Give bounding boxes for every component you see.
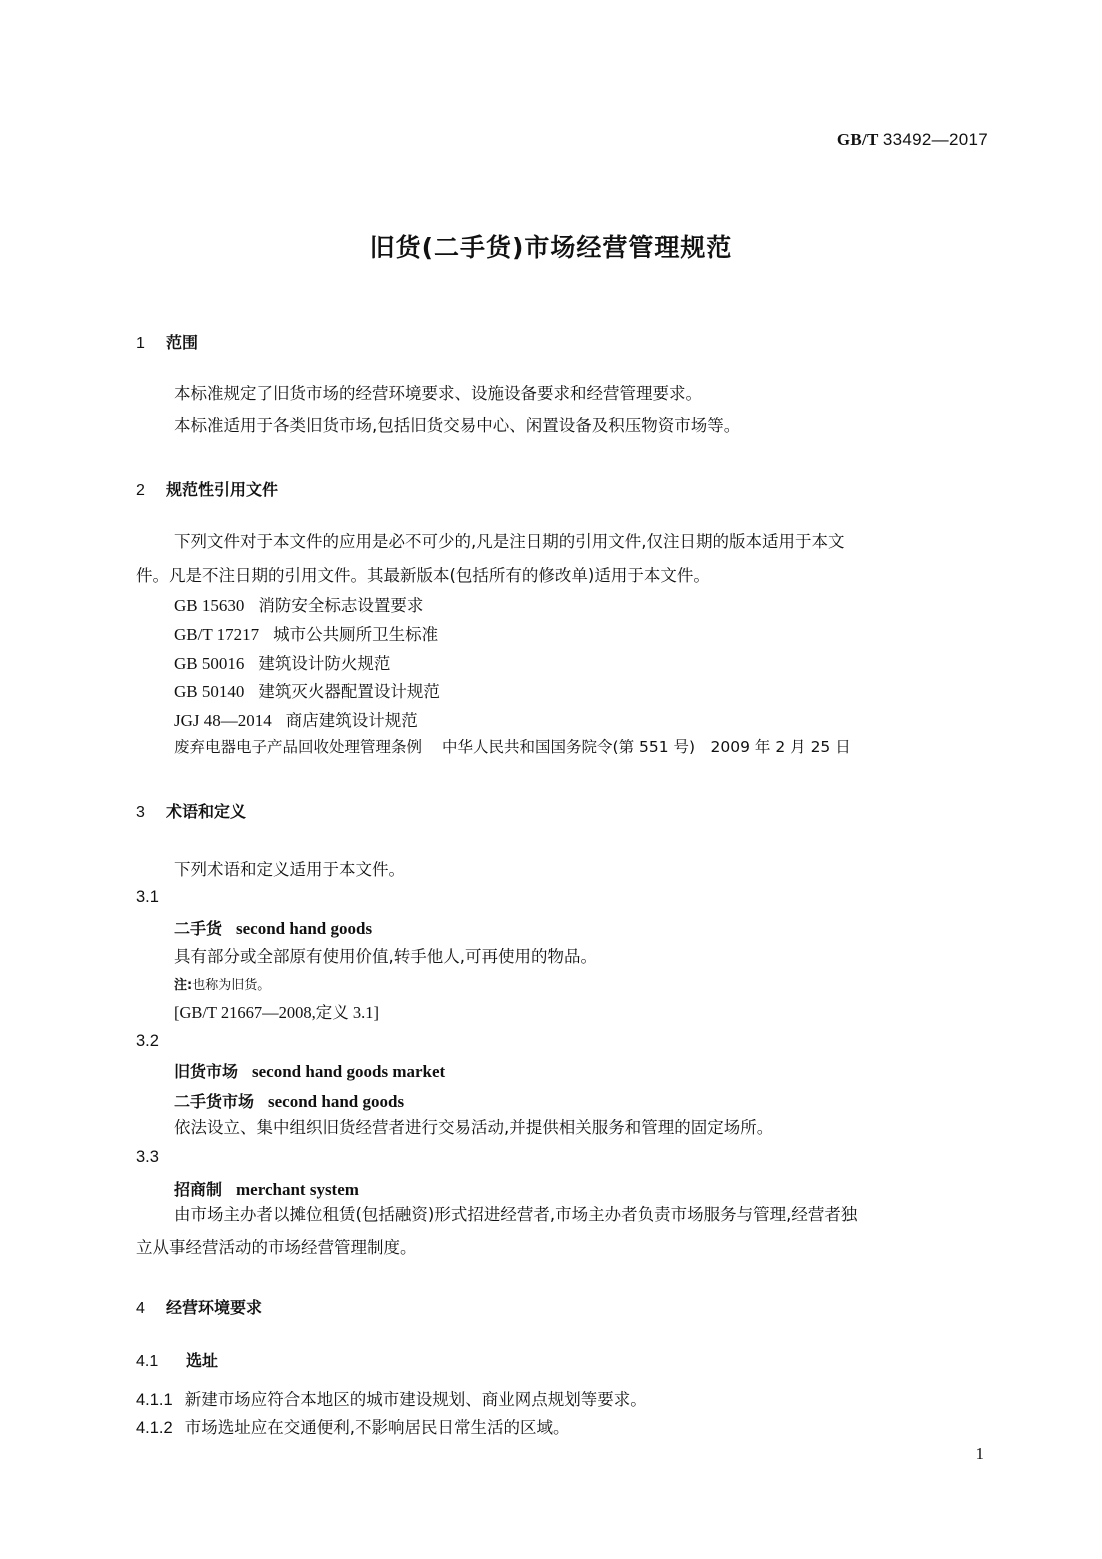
clause: 4.1.1新建市场应符合本地区的城市建设规划、商业网点规划等要求。 — [136, 1386, 647, 1410]
reference-title: 建筑设计防火规范 — [258, 654, 390, 673]
reference-title: 消防安全标志设置要求 — [258, 596, 423, 615]
term-number: 3.3 — [136, 1148, 159, 1167]
clause: 4.1.2市场选址应在交通便利,不影响居民日常生活的区域。 — [136, 1414, 569, 1438]
section-number: 4 — [136, 1300, 166, 1318]
paragraph: 本标准规定了旧货市场的经营环境要求、设施设备要求和经营管理要求。 — [174, 380, 702, 404]
subsection-number: 4.1 — [136, 1353, 186, 1371]
term-en: second hand goods market — [252, 1062, 445, 1081]
term-definition: 具有部分或全部原有使用价值,转手他人,可再使用的物品。 — [174, 943, 597, 967]
standard-number: 33492—2017 — [883, 130, 988, 149]
term-zh-alt: 二手货市场 — [174, 1092, 254, 1111]
clause-number: 4.1.2 — [136, 1419, 173, 1437]
reference-title: 商店建筑设计规范 — [286, 711, 418, 730]
term-source: [GB/T 21667—2008,定义 3.1] — [174, 999, 379, 1023]
paragraph: 下列文件对于本文件的应用是必不可少的,凡是注日期的引用文件,仅注日期的版本适用于… — [174, 528, 845, 552]
reference-item: JGJ 48—2014商店建筑设计规范 — [174, 707, 418, 731]
section-3-heading: 3术语和定义 — [136, 799, 246, 822]
term-en-alt: second hand goods — [268, 1092, 404, 1111]
standard-code: GB/T 33492—2017 — [837, 130, 988, 150]
term-entry-alt: 二手货市场second hand goods — [174, 1089, 404, 1112]
reference-item: GB 50016建筑设计防火规范 — [174, 650, 390, 674]
reference-code: GB 50016 — [174, 654, 244, 673]
reference-title: 建筑灭火器配置设计规范 — [258, 682, 440, 701]
term-definition-continued: 立从事经营活动的市场经营管理制度。 — [136, 1234, 417, 1258]
term-definition: 由市场主办者以摊位租赁(包括融资)形式招进经营者,市场主办者负责市场服务与管理,… — [174, 1201, 857, 1225]
section-title: 经营环境要求 — [166, 1298, 262, 1317]
term-definition: 依法设立、集中组织旧货经营者进行交易活动,并提供相关服务和管理的固定场所。 — [174, 1114, 773, 1138]
note-label: 注: — [174, 978, 192, 993]
reference-code: GB 15630 — [174, 596, 244, 615]
section-number: 3 — [136, 804, 166, 822]
section-title: 范围 — [166, 333, 198, 352]
reference-code: JGJ 48—2014 — [174, 711, 272, 730]
reference-item: GB/T 17217城市公共厕所卫生标准 — [174, 621, 438, 645]
clause-number: 4.1.1 — [136, 1391, 173, 1409]
paragraph: 下列术语和定义适用于本文件。 — [174, 856, 405, 880]
subsection-4-1-heading: 4.1选址 — [136, 1348, 218, 1371]
reference-code: 废弃电器电子产品回收处理管理条例 — [174, 738, 422, 756]
term-entry: 旧货市场second hand goods market — [174, 1059, 445, 1082]
term-zh: 二手货 — [174, 919, 222, 938]
standard-prefix: GB/T — [837, 130, 879, 149]
section-4-heading: 4经营环境要求 — [136, 1295, 262, 1318]
term-en: merchant system — [236, 1180, 359, 1199]
term-number: 3.2 — [136, 1032, 159, 1051]
reference-code: GB/T 17217 — [174, 625, 259, 644]
reference-title: 城市公共厕所卫生标准 — [273, 625, 438, 644]
reference-item: 废弃电器电子产品回收处理管理条例中华人民共和国国务院令(第 551 号) 200… — [174, 735, 851, 757]
paragraph: 本标准适用于各类旧货市场,包括旧货交易中心、闲置设备及积压物资市场等。 — [174, 412, 740, 436]
term-number: 3.1 — [136, 888, 159, 907]
term-entry: 二手货second hand goods — [174, 916, 372, 939]
section-1-heading: 1范围 — [136, 330, 198, 353]
document-title: 旧货(二手货)市场经营管理规范 — [0, 228, 1102, 264]
paragraph: 件。凡是不注日期的引用文件。其最新版本(包括所有的修改单)适用于本文件。 — [136, 562, 710, 586]
clause-text: 新建市场应符合本地区的城市建设规划、商业网点规划等要求。 — [185, 1390, 647, 1409]
reference-item: GB 50140建筑灭火器配置设计规范 — [174, 678, 440, 702]
term-zh: 旧货市场 — [174, 1062, 238, 1081]
note-text: 也称为旧货。 — [192, 978, 270, 993]
term-entry: 招商制merchant system — [174, 1177, 359, 1200]
reference-item: GB 15630消防安全标志设置要求 — [174, 592, 423, 616]
page-number: 1 — [976, 1444, 985, 1464]
section-title: 术语和定义 — [166, 802, 246, 821]
subsection-title: 选址 — [186, 1351, 218, 1370]
term-en: second hand goods — [236, 919, 372, 938]
section-title: 规范性引用文件 — [166, 480, 278, 499]
section-2-heading: 2规范性引用文件 — [136, 477, 278, 500]
section-number: 1 — [136, 335, 166, 353]
term-zh: 招商制 — [174, 1180, 222, 1199]
reference-title: 中华人民共和国国务院令(第 551 号) 2009 年 2 月 25 日 — [442, 738, 851, 756]
clause-text: 市场选址应在交通便利,不影响居民日常生活的区域。 — [185, 1418, 570, 1437]
term-note: 注:也称为旧货。 — [174, 974, 270, 993]
section-number: 2 — [136, 482, 166, 500]
reference-code: GB 50140 — [174, 682, 244, 701]
